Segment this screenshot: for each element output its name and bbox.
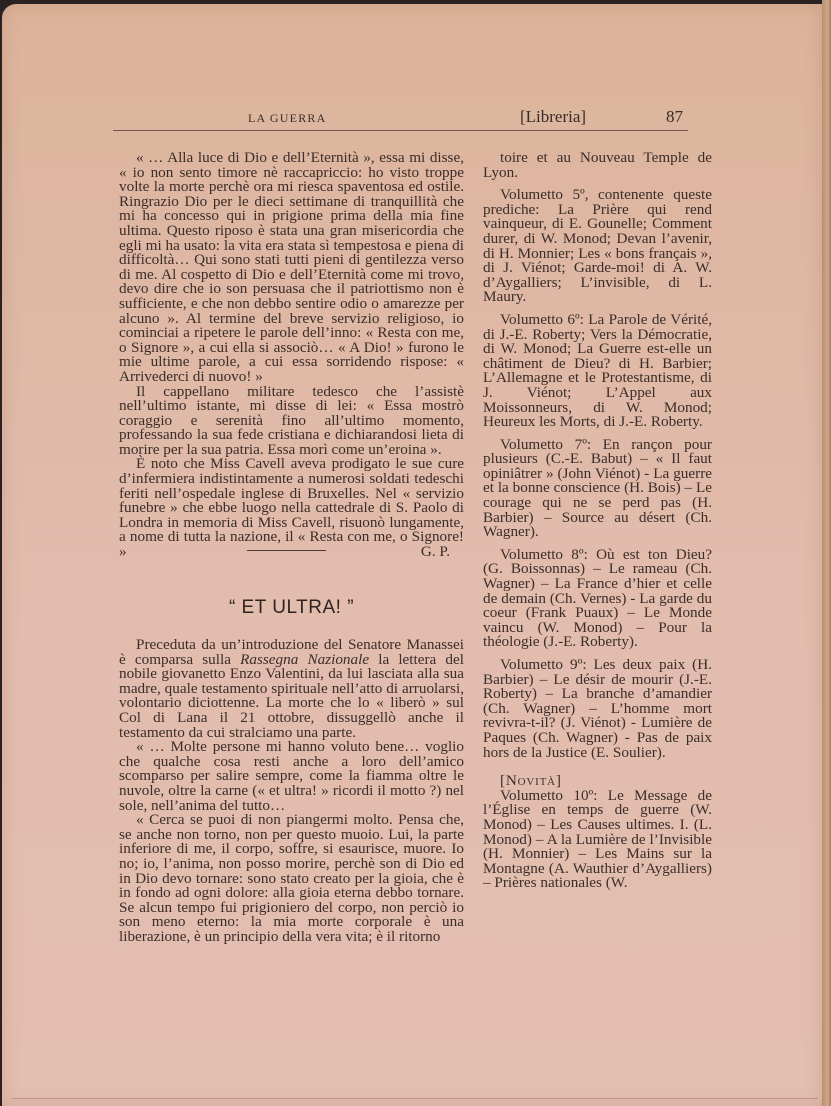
section-divider (247, 550, 326, 551)
continuation-text: toire et au Nouveau Temple de Lyon. (483, 151, 712, 180)
volume-entry: Volumetto 8º: Où est ton Dieu? (G. Boiss… (483, 548, 712, 650)
running-header: LA GUERRA [Libreria] 87 (113, 106, 688, 131)
running-title: LA GUERRA (248, 111, 326, 126)
article-title: “ ET ULTRA! ” (119, 597, 464, 619)
article-intro: Preceduta da un’introduzione del Senator… (119, 638, 464, 740)
paragraph: « … Alla luce di Dio e dell’Eternità », … (119, 151, 464, 385)
article-body: Preceduta da un’introduzione del Senator… (119, 638, 464, 944)
page-bottom-edge (12, 1098, 818, 1099)
page-number: 87 (666, 107, 683, 127)
section-label: [Libreria] (520, 107, 586, 127)
volume-entry: Volumetto 10º: Le Message de l’Église en… (483, 789, 712, 891)
book-page: LA GUERRA [Libreria] 87 « … Alla luce di… (2, 4, 822, 1106)
paragraph: « … Molte persone mi hanno voluto bene… … (119, 740, 464, 813)
signature: G. P. (404, 545, 450, 560)
left-column-top: « … Alla luce di Dio e dell’Eternità », … (119, 151, 464, 560)
volume-entry: Volumetto 9º: Les deux paix (H. Barbier)… (483, 658, 712, 760)
paragraph: È noto che Miss Cavell aveva prodigato l… (119, 457, 464, 559)
volume-entry: Volumetto 6º: La Parole de Vérité, di J.… (483, 313, 712, 430)
book-edge (822, 0, 831, 1106)
paragraph: Il cappellano militare tedesco che l’ass… (119, 385, 464, 458)
paragraph-text: È noto che Miss Cavell aveva prodigato l… (119, 455, 464, 560)
right-column: toire et au Nouveau Temple de Lyon. Volu… (483, 151, 712, 891)
volume-entry: Volumetto 5º, contenente queste prediche… (483, 188, 712, 305)
volume-entry: Volumetto 7º: En rançon pour plusieurs (… (483, 438, 712, 540)
paragraph: « Cerca se puoi di non piangermi molto. … (119, 813, 464, 944)
